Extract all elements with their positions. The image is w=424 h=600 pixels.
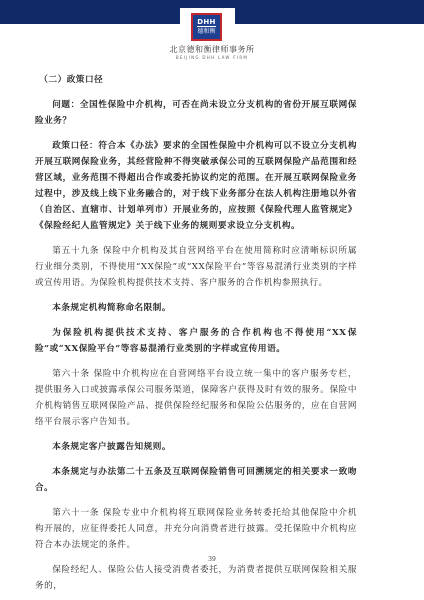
- logo-text-top: DHH: [197, 18, 215, 26]
- article-60-paragraph: 第六十条 保险中介机构应在自营网络平台设立统一集中的客户服务专栏，提供服务入口或…: [35, 366, 357, 430]
- article-60-explanation: 本条规定与办法第二十五条及互联网保险销售可回溯规定的相关要求一致吻合。: [35, 464, 357, 496]
- firm-name-chinese: 北京德和衡律师事务所: [0, 44, 424, 55]
- article-60-note: 本条规定客户披露告知规则。: [35, 439, 357, 455]
- section-heading: （二）政策口径: [35, 72, 357, 88]
- article-61-paragraph: 第六十一条 保险专业中介机构将互联网保险业务转委托给其他保险中介机构开展的，应征…: [35, 505, 357, 553]
- logo-text-bottom: 德和衡: [197, 26, 215, 36]
- logo-mark-icon: DHH 德和衡: [193, 15, 220, 39]
- article-59-note: 本条规定机构简称命名限制。: [35, 300, 357, 316]
- trailing-paragraph: 保险经纪人、保险公估人接受消费者委托，为消费者提供互联网保险相关服务的，: [35, 562, 357, 594]
- page-number: 39: [0, 556, 424, 563]
- firm-logo: DHH 德和衡: [191, 13, 222, 41]
- firm-name-english: BEIJING DHH LAW FIRM: [0, 55, 424, 60]
- question-paragraph: 问题：全国性保险中介机构，可否在尚未设立分支机构的省份开展互联网保险业务？: [35, 97, 357, 129]
- policy-answer-paragraph: 政策口径：符合本《办法》要求的全国性保险中介机构可以不设立分支机构开展互联网保险…: [35, 138, 357, 234]
- document-body: （二）政策口径 问题：全国性保险中介机构，可否在尚未设立分支机构的省份开展互联网…: [35, 72, 357, 594]
- article-59-paragraph: 第五十九条 保险中介机构及其自营网络平台在使用简称时应清晰标识所属行业细分类别，…: [35, 243, 357, 291]
- article-59-explanation: 为保险机构提供技术支持、客户服务的合作机构也不得使用“XX保险”或“XX保险平台…: [35, 325, 357, 357]
